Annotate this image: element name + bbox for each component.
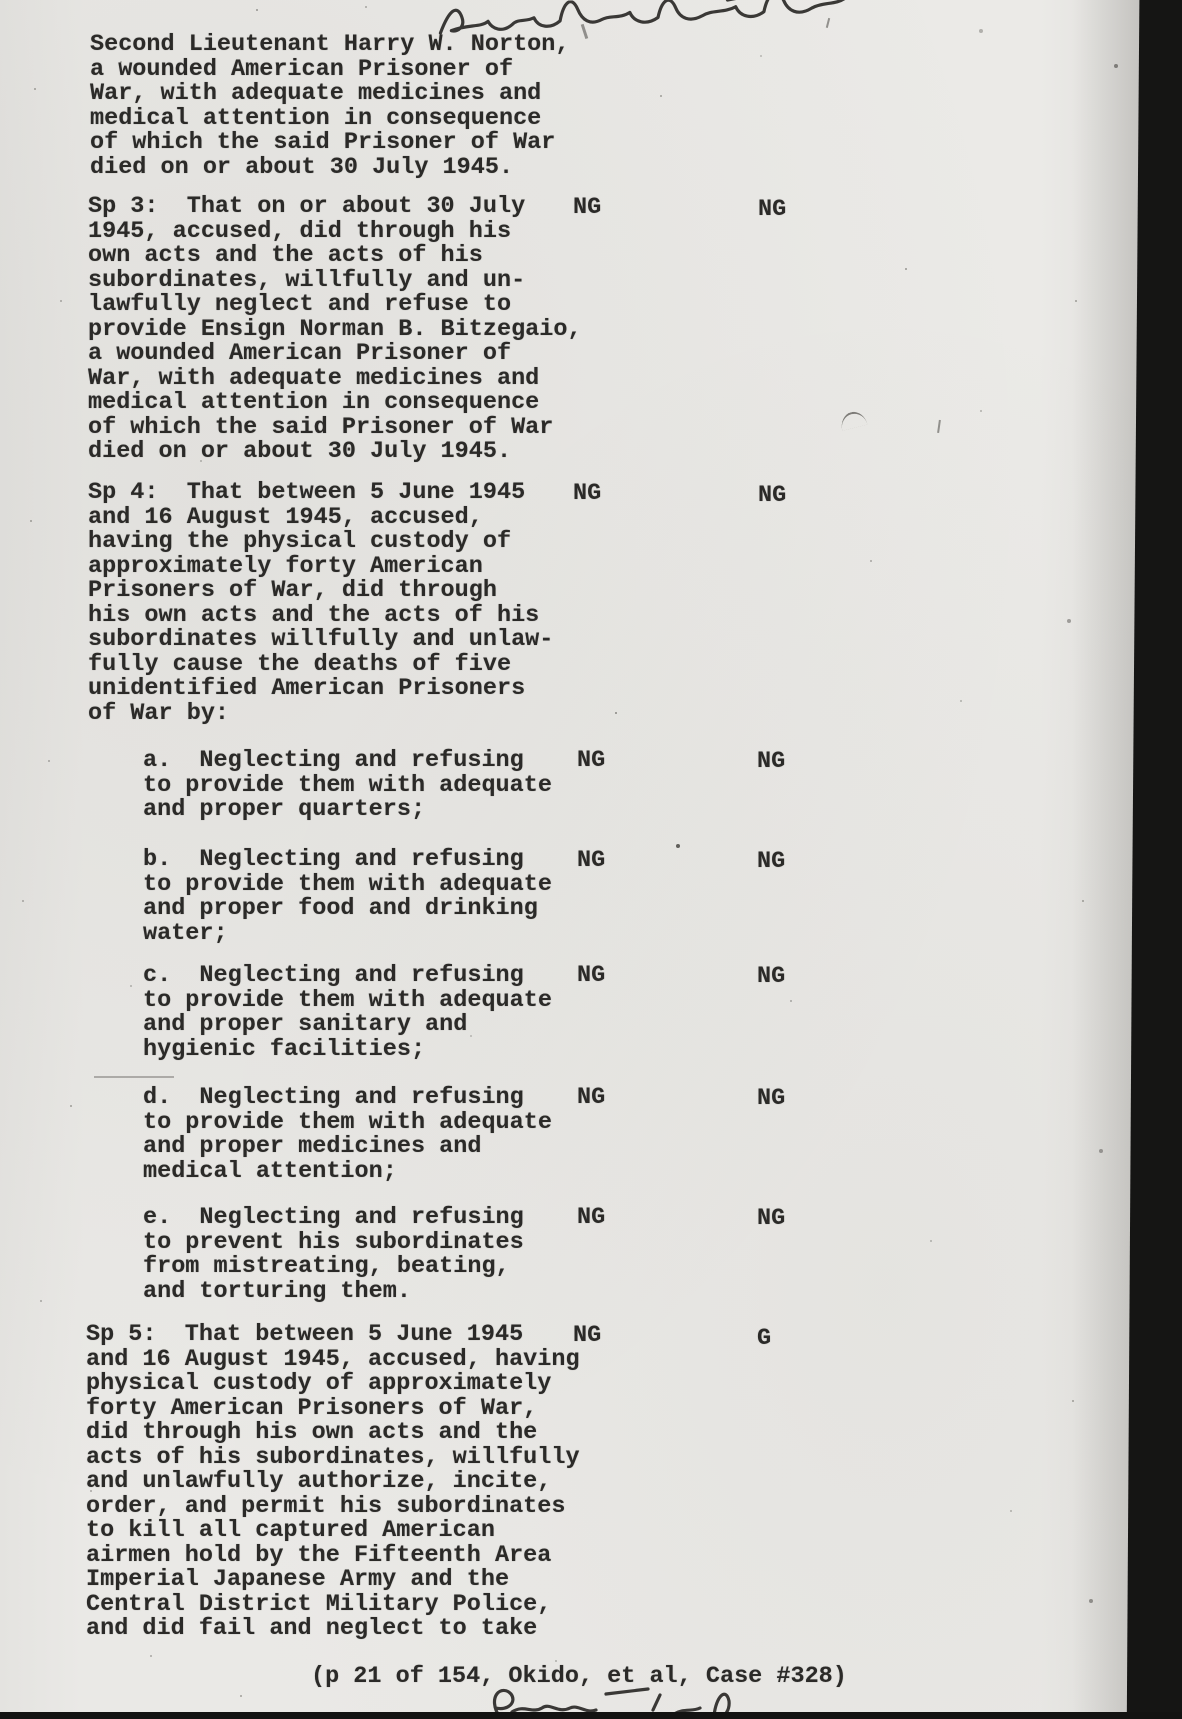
paragraph-sp4: Sp 4: That between 5 June 1945 and 16 Au… bbox=[88, 481, 553, 726]
finding-mark-sp5: G bbox=[757, 1327, 771, 1352]
scan-edge-bottom bbox=[0, 1712, 1182, 1719]
plea-mark-item-d: NG bbox=[577, 1086, 605, 1111]
paragraph-item-a: a. Neglecting and refusing to provide th… bbox=[143, 749, 552, 823]
pencil-curve-artifact bbox=[838, 409, 867, 431]
paragraph-item-c: c. Neglecting and refusing to provide th… bbox=[143, 964, 552, 1062]
paragraph-sp5: Sp 5: That between 5 June 1945 and 16 Au… bbox=[86, 1323, 580, 1642]
finding-mark-item-c: NG bbox=[757, 965, 785, 990]
plea-mark-sp3: NG bbox=[573, 196, 601, 221]
paragraph-item-e: e. Neglecting and refusing to prevent hi… bbox=[143, 1206, 524, 1304]
paragraph-item-d: d. Neglecting and refusing to provide th… bbox=[143, 1086, 552, 1184]
paragraph-item-b: b. Neglecting and refusing to provide th… bbox=[143, 848, 552, 946]
plea-mark-item-a: NG bbox=[577, 749, 605, 774]
finding-mark-item-d: NG bbox=[757, 1087, 785, 1112]
finding-mark-item-b: NG bbox=[757, 850, 785, 875]
finding-mark-sp3: NG bbox=[758, 198, 786, 223]
paragraph-intro: Second Lieutenant Harry W. Norton, a wou… bbox=[90, 33, 569, 180]
pencil-tick-artifact bbox=[937, 420, 941, 433]
finding-mark-item-a: NG bbox=[757, 750, 785, 775]
document-page: Second Lieutenant Harry W. Norton, a wou… bbox=[0, 0, 1182, 1719]
scan-line-artifact bbox=[94, 1076, 174, 1078]
plea-mark-sp5: NG bbox=[573, 1324, 601, 1349]
plea-mark-item-b: NG bbox=[577, 849, 605, 874]
paper-noise bbox=[0, 0, 2, 2]
plea-mark-item-e: NG bbox=[577, 1206, 605, 1231]
plea-mark-item-c: NG bbox=[577, 964, 605, 989]
paragraph-sp3: Sp 3: That on or about 30 July 1945, acc… bbox=[88, 195, 582, 465]
finding-mark-item-e: NG bbox=[757, 1207, 785, 1232]
plea-mark-sp4: NG bbox=[573, 482, 601, 507]
finding-mark-sp4: NG bbox=[758, 484, 786, 509]
